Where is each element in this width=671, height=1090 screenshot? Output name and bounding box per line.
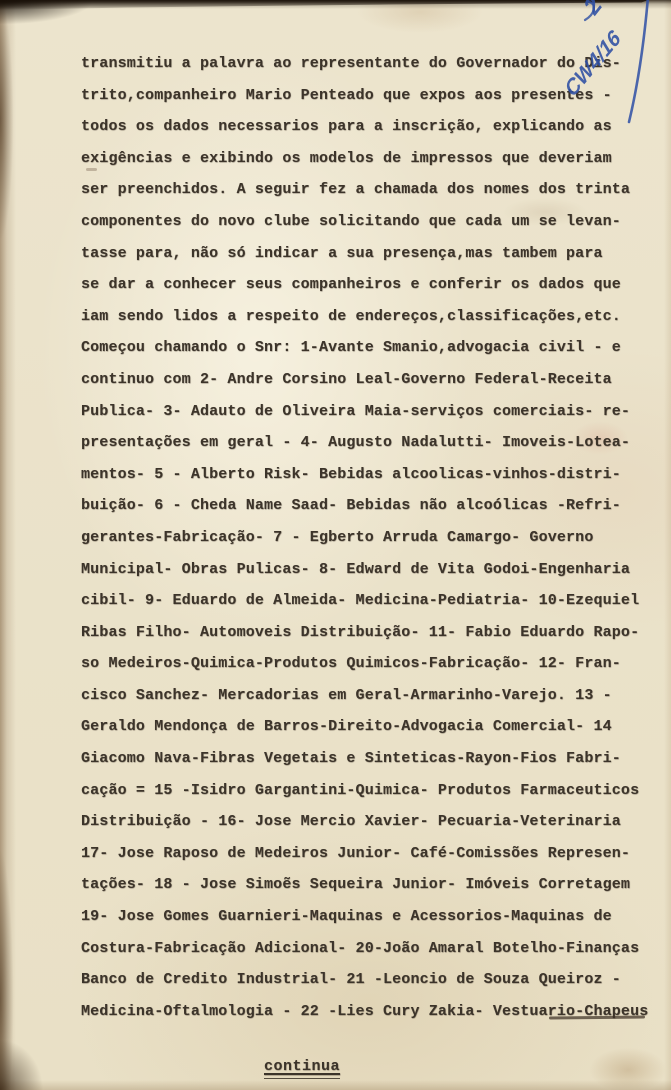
typewritten-line: Ribas Filho- Automoveis Distribuição- 11…: [81, 617, 659, 649]
typewritten-line: continuo com 2- Andre Corsino Leal-Gover…: [81, 364, 659, 396]
scan-edge-shadow: [0, 0, 648, 10]
typewritten-line: cisco Sanchez- Mercadorias em Geral-Arma…: [81, 680, 659, 712]
typewritten-line: Distribuição - 16- Jose Mercio Xavier- P…: [81, 806, 659, 838]
typewritten-line: Giacomo Nava-Fibras Vegetais e Sintetica…: [81, 743, 659, 775]
typewritten-line: todos os dados necessarios para a inscri…: [81, 111, 659, 143]
typewritten-line: Banco de Credito Industrial- 21 -Leoncio…: [81, 964, 659, 996]
typewritten-line: Publica- 3- Adauto de Oliveira Maia-serv…: [81, 396, 659, 428]
pen-stroke: [585, 2, 594, 20]
typewritten-text-block: transmitiu a palavra ao representante do…: [81, 48, 659, 1027]
typewritten-line: ser preenchidos. A seguir fez a chamada …: [81, 174, 659, 206]
typewritten-line: 17- Jose Raposo de Medeiros Junior- Café…: [81, 838, 659, 870]
typewritten-line: cação = 15 -Isidro Gargantini-Quimica- P…: [81, 775, 659, 807]
typewritten-line: exigências e exibindo os modelos de impr…: [81, 143, 659, 175]
typewritten-line: presentações em geral - 4- Augusto Nadal…: [81, 427, 659, 459]
typewritten-line: mentos- 5 - Alberto Risk- Bebidas alcool…: [81, 459, 659, 491]
typewritten-line: 19- Jose Gomes Guarnieri-Maquinas e Aces…: [81, 901, 659, 933]
typewritten-line: se dar a conhecer seus companheiros e co…: [81, 269, 659, 301]
continuation-note: continua: [264, 1058, 340, 1079]
typewritten-line: buição- 6 - Cheda Name Saad- Bebidas não…: [81, 490, 659, 522]
typewritten-line: tasse para, não só indicar a sua presenç…: [81, 238, 659, 270]
typewritten-line: gerantes-Fabricação- 7 - Egberto Arruda …: [81, 522, 659, 554]
typewritten-line: cibil- 9- Eduardo de Almeida- Medicina-P…: [81, 585, 659, 617]
scanned-document-page: transmitiu a palavra ao representante do…: [0, 0, 671, 1090]
typewritten-line: Costura-Fabricação Adicional- 20-João Am…: [81, 933, 659, 965]
typewritten-line: iam sendo lidos a respeito de endereços,…: [81, 301, 659, 333]
typewritten-line: Municipal- Obras Pulicas- 8- Edward de V…: [81, 554, 659, 586]
annotation-number: 2: [578, 0, 609, 20]
typewritten-line: trito,companheiro Mario Penteado que exp…: [81, 80, 659, 112]
typewritten-line: Começou chamando o Snr: 1-Avante Smanio,…: [81, 332, 659, 364]
typewritten-line: Geraldo Mendonça de Barros-Direito-Advog…: [81, 711, 659, 743]
typewritten-line: componentes do novo clube solicitando qu…: [81, 206, 659, 238]
typewritten-line: tações- 18 - Jose Simoẽs Sequeira Junior…: [81, 869, 659, 901]
typewritten-line: transmitiu a palavra ao representante do…: [81, 48, 659, 80]
typewritten-line: so Medeiros-Quimica-Produtos Quimicos-Fa…: [81, 648, 659, 680]
typewritten-line: Medicina-Oftalmologia - 22 -Lies Cury Za…: [81, 996, 659, 1028]
